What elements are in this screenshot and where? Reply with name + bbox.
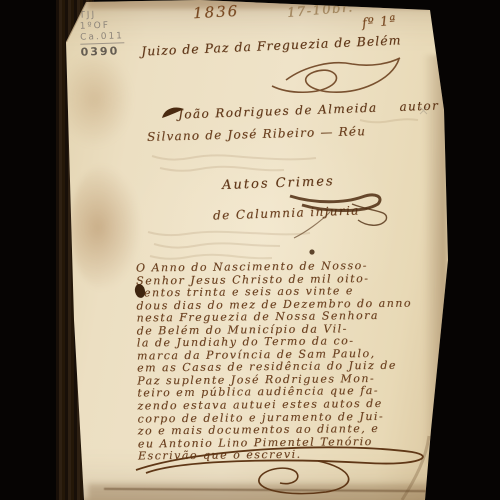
folio-note: fº 1ª	[361, 14, 397, 32]
plaintiff-line: João Rodrigues de Almeidaautor	[178, 98, 439, 121]
case-subject: de Calumnia injuria	[213, 203, 360, 222]
defendant-name: Silvano de José Ribeiro —	[147, 125, 334, 144]
paper-stain	[58, 52, 132, 147]
date-note: 17-10br.	[286, 0, 354, 21]
defendant-role: Réu	[338, 124, 366, 139]
top-edge-shadow	[88, 0, 432, 9]
bottom-edge-shadow	[88, 484, 432, 500]
page-bottom-edge	[104, 488, 426, 492]
plaintiff-name: João Rodrigues de Almeida	[178, 101, 378, 122]
right-edge-shadow	[423, 55, 447, 465]
scanned-manuscript-photo: TJJ 1ºOF Ca.011 0390 1836 17-10br. fº 1ª…	[0, 0, 500, 500]
stamp-line: 1ºOF	[80, 21, 111, 32]
court-header: Juizo de Paz da Freguezia de Belém	[141, 32, 402, 58]
year-note: 1836	[193, 2, 240, 22]
stamp-line: Ca.011	[80, 31, 124, 45]
plaintiff-role: autor	[399, 98, 439, 113]
stamp-number: 0390	[80, 45, 124, 58]
archive-stamp: TJJ 1ºOF Ca.011 0390	[79, 9, 124, 58]
case-title: Autos Crimes	[222, 174, 335, 193]
body-line: Escrivão que o escrevi.	[138, 448, 414, 463]
ink-blot	[309, 249, 314, 254]
body-text: O Anno do Nascimento de Nosso- Senhor Je…	[136, 260, 414, 464]
signature-flourish	[272, 58, 400, 92]
paper-stain	[70, 165, 140, 290]
stamp-line: TJJ	[79, 10, 96, 21]
defendant-line: Silvano de José Ribeiro — Réu	[147, 124, 366, 144]
